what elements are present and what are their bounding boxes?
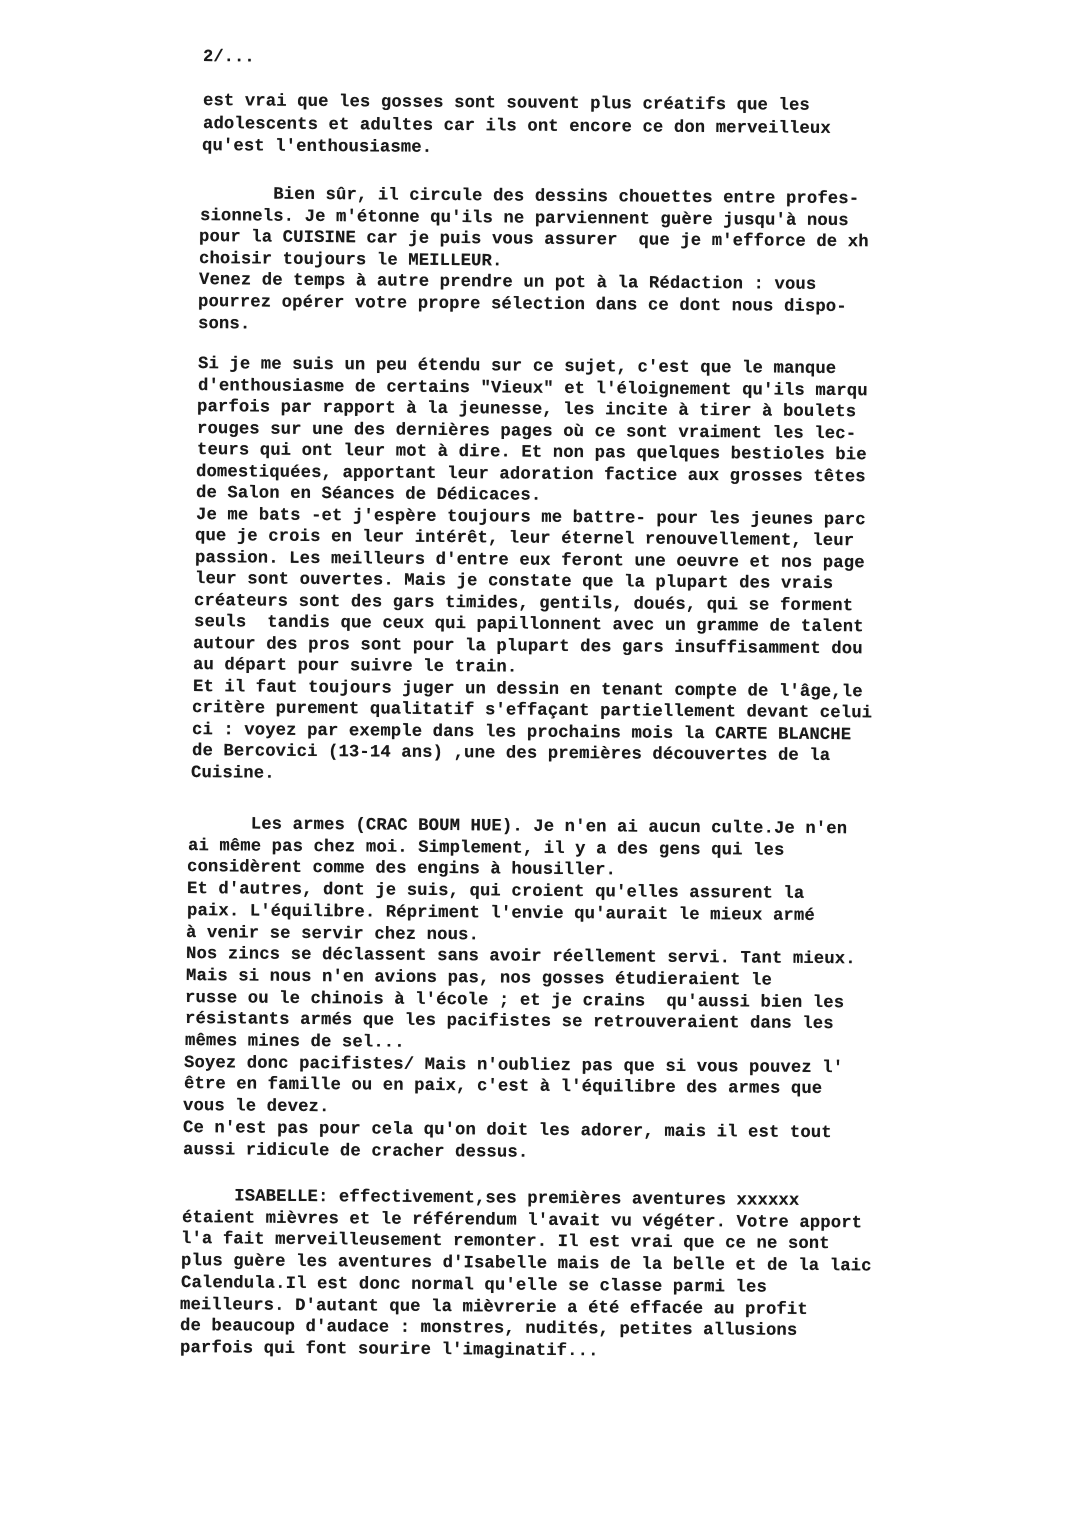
text-line: Venez de temps à autre prendre un pot à …	[199, 271, 817, 296]
page-marker: 2/...	[203, 48, 255, 68]
text-line: leur sont ouvertes. Mais je constate que…	[194, 570, 832, 595]
text-line: à venir se servir chez nous.	[186, 924, 479, 946]
text-line: que je crois en leur intérêt, leur étern…	[195, 527, 854, 552]
text-line: de Bercovici (13-14 ans) ,une des premiè…	[192, 742, 830, 767]
text-line: de Salon en Séances de Dédicaces.	[196, 484, 541, 507]
text-line: ISABELLE: effectivement,ses premières av…	[182, 1187, 800, 1212]
text-line: mêmes mines de sel...	[184, 1032, 404, 1054]
text-line: Cuisine.	[191, 764, 275, 785]
text-line: choisir toujours le MEILLEUR.	[199, 250, 503, 272]
text-line: Si je me suis un peu étendu sur ce sujet…	[198, 355, 836, 380]
text-line: Calendula.Il est donc normal qu'elle se …	[181, 1274, 767, 1299]
text-line: critère purement qualitatif s'effaçant p…	[192, 699, 872, 724]
text-line: Bien sûr, il circule des dessins chouett…	[200, 185, 859, 210]
text-line: Mais si nous n'en avions pas, nos gosses…	[185, 967, 771, 992]
text-line: pour la CUISINE car je puis vous assurer…	[199, 228, 869, 253]
text-line: meilleurs. D'autant que la mièvrerie a é…	[180, 1296, 808, 1321]
text-line: est vrai que les gosses sont souvent plu…	[203, 92, 810, 117]
text-line: de beaucoup d'audace : monstres, nudités…	[180, 1317, 798, 1342]
text-line: vous le devez.	[183, 1097, 330, 1118]
text-line: Les armes (CRAC BOUM HUE). Je n'en ai au…	[188, 815, 847, 840]
text-line: plus guère les aventures d'Isabelle mais…	[181, 1252, 872, 1277]
text-line: Nos zincs se déclassent sans avoir réell…	[186, 945, 856, 970]
text-line: ai même pas chez moi. Simplement, il y a…	[188, 837, 785, 862]
text-line: Et d'autres, dont je suis, qui croient q…	[187, 880, 805, 905]
text-line: Ce n'est pas pour cela qu'on doit les ad…	[183, 1119, 832, 1144]
text-line: pourrez opérer votre propre sélection da…	[198, 293, 847, 318]
text-line: parfois qui font sourire l'imaginatif...	[179, 1339, 598, 1362]
typewritten-page: 2/... est vrai que les gosses sont souve…	[0, 0, 1080, 1523]
text-line: adolescents et adultes car ils ont encor…	[203, 115, 831, 140]
text-line: qu'est l'enthousiasme.	[202, 137, 432, 159]
text-line: au départ pour suivre le train.	[193, 656, 518, 679]
text-line: parfois par rapport à la jeunesse, les i…	[197, 398, 856, 423]
text-line: être en famille ou en paix, c'est à l'éq…	[184, 1075, 822, 1100]
text-line: l'a fait merveilleusement remonter. Il e…	[181, 1230, 830, 1255]
text-line: sons.	[198, 315, 250, 335]
text-line: seuls tandis que ceux qui papillonnent a…	[194, 613, 864, 638]
text-line: aussi ridicule de cracher dessus.	[183, 1141, 528, 1164]
text-line: considèrent comme des engins à housiller…	[187, 858, 616, 881]
text-line: teurs qui ont leur mot à dire. Et non pa…	[197, 441, 867, 466]
text-line: paix. L'équilibre. Répriment l'envie qu'…	[187, 902, 815, 927]
text-line: résistants armés que les pacifistes se r…	[185, 1010, 834, 1035]
